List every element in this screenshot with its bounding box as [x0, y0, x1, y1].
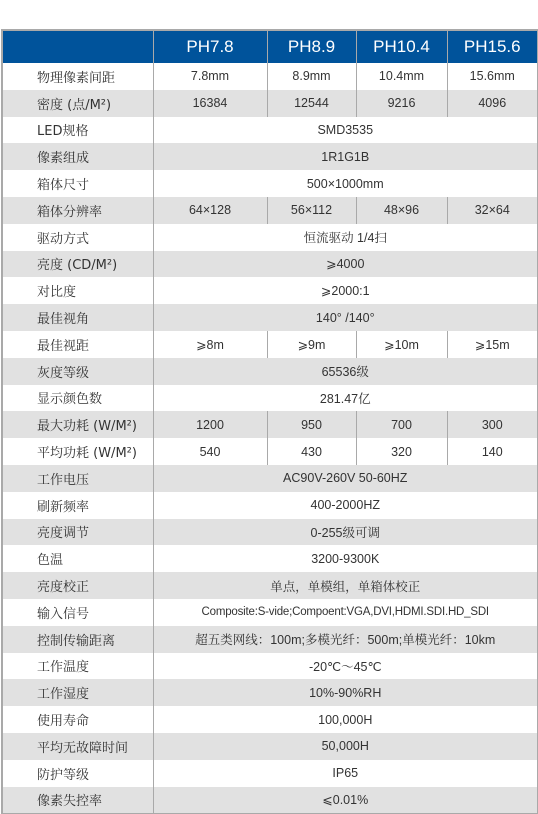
row-value-cell: ⩾8m	[153, 331, 267, 358]
row-value-cell: ⩾9m	[267, 331, 356, 358]
table-row: 工作电压AC90V-260V 50-60HZ	[2, 465, 538, 492]
table-row: 防护等级IP65	[2, 760, 538, 787]
row-label: 亮度校正	[2, 572, 153, 599]
table-row: 色温3200-9300K	[2, 545, 538, 572]
row-value-cell: 12544	[267, 90, 356, 117]
row-value-merged: 单点，单模组，单箱体校正	[153, 572, 538, 599]
row-value-merged: 10%-90%RH	[153, 679, 538, 706]
row-value-merged: ⩽0.01%	[153, 787, 538, 814]
row-value-cell: 300	[447, 411, 538, 438]
spec-body: 物理像素间距7.8mm8.9mm10.4mm15.6mm密度 (点/M²)163…	[2, 63, 538, 814]
row-label: 驱动方式	[2, 224, 153, 251]
table-row: 物理像素间距7.8mm8.9mm10.4mm15.6mm	[2, 63, 538, 90]
row-label: 最大功耗 (W/M²)	[2, 411, 153, 438]
row-label: LED规格	[2, 117, 153, 144]
header-cell-ph15-6: PH15.6	[447, 30, 538, 63]
header-cell-ph8-9: PH8.9	[267, 30, 356, 63]
row-value-merged: ⩾4000	[153, 251, 538, 278]
header-cell-ph7-8: PH7.8	[153, 30, 267, 63]
row-value-cell: 1200	[153, 411, 267, 438]
row-label: 最佳视距	[2, 331, 153, 358]
row-label: 工作温度	[2, 653, 153, 680]
table-row: 平均功耗 (W/M²)540430320140	[2, 438, 538, 465]
row-label: 亮度 (CD/M²)	[2, 251, 153, 278]
table-row: 灰度等级65536级	[2, 358, 538, 385]
row-label: 色温	[2, 545, 153, 572]
row-value-merged: 140° /140°	[153, 304, 538, 331]
table-row: 像素失控率⩽0.01%	[2, 787, 538, 814]
row-value-cell: 32×64	[447, 197, 538, 224]
table-row: 最大功耗 (W/M²)1200950700300	[2, 411, 538, 438]
row-label: 控制传输距离	[2, 626, 153, 653]
row-value-merged: Composite:S-vide;Compoent:VGA,DVI,HDMI.S…	[153, 599, 538, 626]
row-value-merged: 281.47亿	[153, 385, 538, 412]
spec-table: PH7.8 PH8.9 PH10.4 PH15.6 物理像素间距7.8mm8.9…	[1, 29, 538, 814]
row-label: 亮度调节	[2, 519, 153, 546]
row-value-merged: 500×1000mm	[153, 170, 538, 197]
row-label: 平均功耗 (W/M²)	[2, 438, 153, 465]
row-label: 使用寿命	[2, 706, 153, 733]
table-row: 工作湿度10%-90%RH	[2, 679, 538, 706]
table-row: 输入信号Composite:S-vide;Compoent:VGA,DVI,HD…	[2, 599, 538, 626]
row-value-merged: 超五类网线：100m;多模光纤：500m;单模光纤：10km	[153, 626, 538, 653]
table-row: 刷新频率400-2000HZ	[2, 492, 538, 519]
row-label: 最佳视角	[2, 304, 153, 331]
row-label: 刷新频率	[2, 492, 153, 519]
row-label: 防护等级	[2, 760, 153, 787]
row-label: 工作电压	[2, 465, 153, 492]
table-row: 亮度 (CD/M²)⩾4000	[2, 251, 538, 278]
row-value-cell: 950	[267, 411, 356, 438]
header-cell-label	[2, 30, 153, 63]
table-row: 亮度调节0-255级可调	[2, 519, 538, 546]
table-row: LED规格SMD3535	[2, 117, 538, 144]
table-row: 箱体尺寸500×1000mm	[2, 170, 538, 197]
row-value-merged: 恒流驱动 1/4扫	[153, 224, 538, 251]
row-value-cell: 64×128	[153, 197, 267, 224]
row-label: 显示颜色数	[2, 385, 153, 412]
row-label: 箱体分辨率	[2, 197, 153, 224]
row-value-cell: 4096	[447, 90, 538, 117]
table-row: 亮度校正单点，单模组，单箱体校正	[2, 572, 538, 599]
table-row: 最佳视角140° /140°	[2, 304, 538, 331]
table-row: 最佳视距⩾8m⩾9m⩾10m⩾15m	[2, 331, 538, 358]
row-label: 箱体尺寸	[2, 170, 153, 197]
row-label: 像素失控率	[2, 787, 153, 814]
row-value-cell: 9216	[356, 90, 447, 117]
row-value-merged: 50,000H	[153, 733, 538, 760]
row-value-cell: 140	[447, 438, 538, 465]
row-label: 对比度	[2, 277, 153, 304]
row-value-merged: -20℃～45℃	[153, 653, 538, 680]
table-row: 平均无故障时间50,000H	[2, 733, 538, 760]
table-row: 控制传输距离超五类网线：100m;多模光纤：500m;单模光纤：10km	[2, 626, 538, 653]
row-value-cell: 16384	[153, 90, 267, 117]
row-value-merged: 400-2000HZ	[153, 492, 538, 519]
row-value-cell: 8.9mm	[267, 63, 356, 90]
row-value-cell: 7.8mm	[153, 63, 267, 90]
row-value-cell: 430	[267, 438, 356, 465]
row-value-merged: 3200-9300K	[153, 545, 538, 572]
table-row: 对比度⩾2000:1	[2, 277, 538, 304]
row-label: 像素组成	[2, 143, 153, 170]
row-value-merged: SMD3535	[153, 117, 538, 144]
row-value-cell: 15.6mm	[447, 63, 538, 90]
row-label: 工作湿度	[2, 679, 153, 706]
row-value-merged: ⩾2000:1	[153, 277, 538, 304]
row-label: 灰度等级	[2, 358, 153, 385]
row-label: 平均无故障时间	[2, 733, 153, 760]
row-value-cell: 700	[356, 411, 447, 438]
row-value-cell: ⩾15m	[447, 331, 538, 358]
table-row: 使用寿命100,000H	[2, 706, 538, 733]
row-value-cell: ⩾10m	[356, 331, 447, 358]
row-value-cell: 10.4mm	[356, 63, 447, 90]
table-row: 驱动方式恒流驱动 1/4扫	[2, 224, 538, 251]
header-cell-ph10-4: PH10.4	[356, 30, 447, 63]
table-row: 箱体分辨率64×12856×11248×9632×64	[2, 197, 538, 224]
row-value-cell: 540	[153, 438, 267, 465]
row-value-merged: 1R1G1B	[153, 143, 538, 170]
row-label: 物理像素间距	[2, 63, 153, 90]
row-value-cell: 48×96	[356, 197, 447, 224]
row-label: 密度 (点/M²)	[2, 90, 153, 117]
row-value-cell: 56×112	[267, 197, 356, 224]
row-value-merged: IP65	[153, 760, 538, 787]
row-value-cell: 320	[356, 438, 447, 465]
row-value-merged: AC90V-260V 50-60HZ	[153, 465, 538, 492]
table-row: 工作温度-20℃～45℃	[2, 653, 538, 680]
row-value-merged: 0-255级可调	[153, 519, 538, 546]
table-row: 密度 (点/M²)163841254492164096	[2, 90, 538, 117]
row-label: 输入信号	[2, 599, 153, 626]
table-row: 像素组成1R1G1B	[2, 143, 538, 170]
table-row: 显示颜色数281.47亿	[2, 385, 538, 412]
row-value-merged: 100,000H	[153, 706, 538, 733]
row-value-merged: 65536级	[153, 358, 538, 385]
header-row: PH7.8 PH8.9 PH10.4 PH15.6	[2, 30, 538, 63]
